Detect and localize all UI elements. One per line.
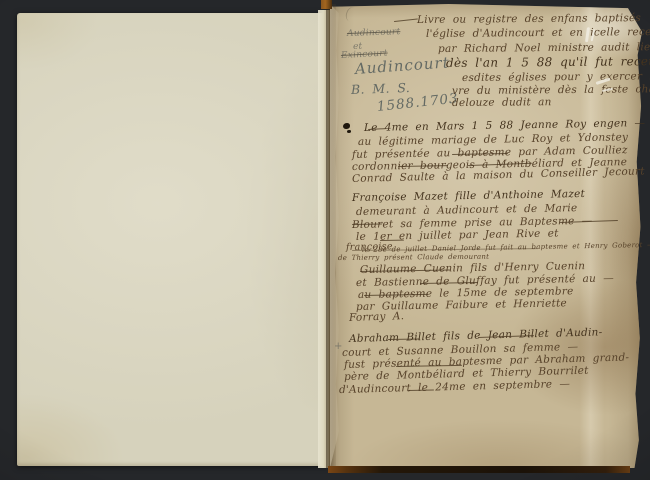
ink-blot (347, 130, 351, 133)
manuscript-header-line: esdites églises pour y exercer l'œu- (462, 70, 650, 84)
manuscript-header-line: vre du ministère dès la feste chan- (452, 83, 650, 97)
left-blank-page (17, 13, 329, 466)
book-cover-edge (328, 466, 630, 473)
manuscript-header-line: delouze dudit an (452, 96, 552, 109)
ink-blot (343, 123, 350, 129)
manuscript-header-line: dès l'an 1 5 88 qu'il fut receu (446, 54, 650, 70)
archivist-series-label: B. M. S. (351, 80, 410, 97)
manuscript-header-line: l'église d'Audincourt et en icelle receu… (426, 26, 650, 40)
manuscript-header-line: par Richard Noel ministre audit lieu (438, 41, 650, 55)
pencil-annotation: Audincourt (347, 27, 401, 39)
manuscript-header-line: Livre ou registre des enfans baptisés (417, 12, 641, 26)
interlinear-note: de Thierry présent Claude demourant (338, 253, 489, 262)
book-spine-edge (321, 0, 332, 9)
register-entry-line: Forray A. (349, 310, 405, 324)
archival-book-scan: Audincourt et Exincourt Audincourt B. M.… (0, 0, 650, 480)
